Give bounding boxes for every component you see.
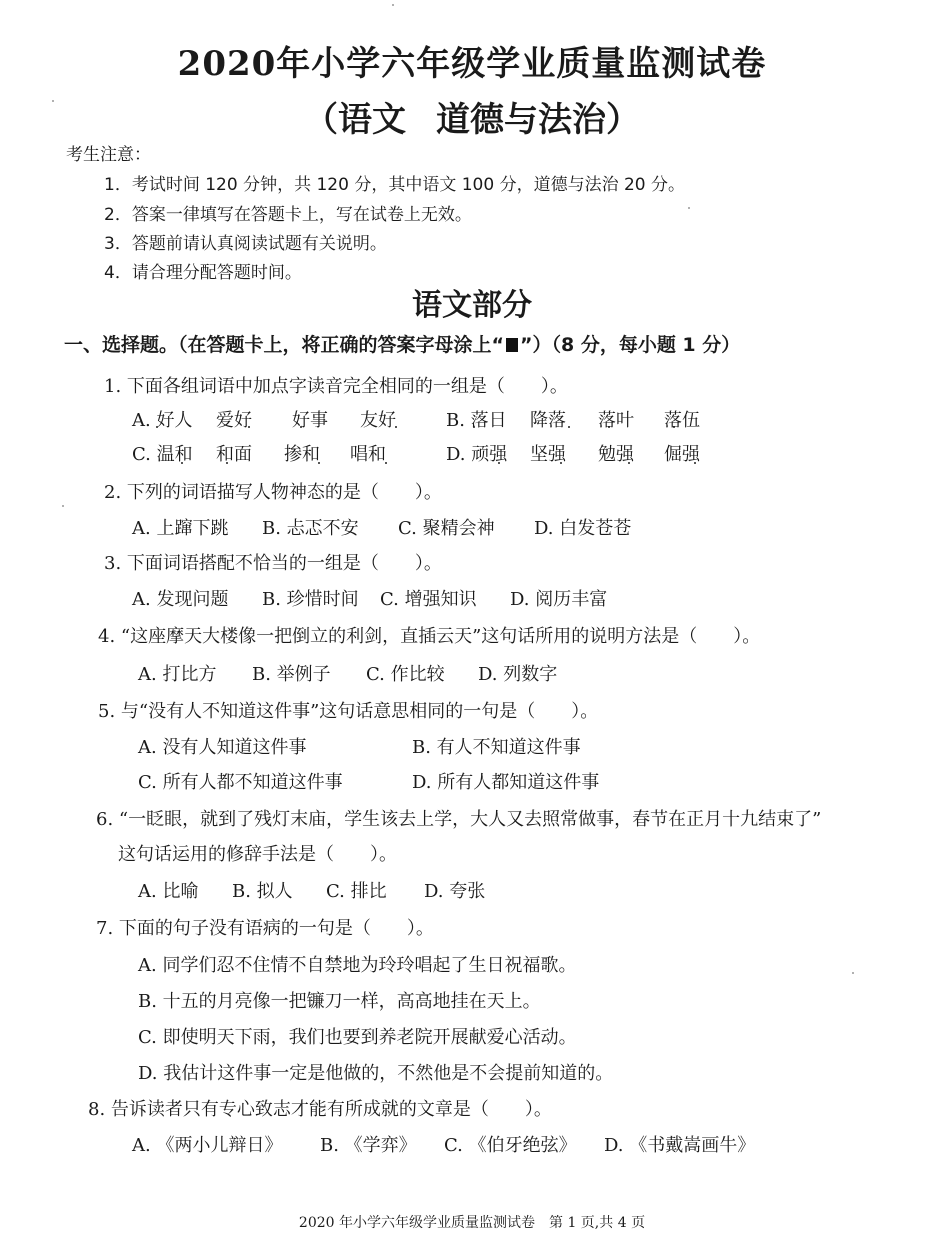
q6-option-d: D. 夸张 <box>424 877 485 903</box>
section-title: 语文部分 <box>0 280 944 324</box>
q1-option-a: A. 好人 <box>132 406 192 432</box>
question-6-stem-continued: 这句话运用的修辞手法是（ ）。 <box>118 840 397 866</box>
q1-option-a-word: 友好 <box>360 406 396 432</box>
q6-option-b: B. 拟人 <box>232 877 293 903</box>
page-footer: 2020 年小学六年级学业质量监测试卷 第 1 页,共 4 页 <box>0 1212 944 1232</box>
scan-speck <box>392 4 394 6</box>
notice-item: 1．考试时间 120 分钟，共 120 分，其中语文 100 分，道德与法治 2… <box>104 170 685 195</box>
q5-option-c: C. 所有人都不知道这件事 <box>138 768 343 794</box>
subtitle-chinese: （语文 <box>304 100 406 140</box>
q5-option-a: A. 没有人知道这件事 <box>138 733 306 759</box>
q7-option-a: A. 同学们忍不住情不自禁地为玲玲唱起了生日祝福歌。 <box>138 951 576 977</box>
question-3-stem: 3. 下面词语搭配不恰当的一组是（ ）。 <box>104 549 442 575</box>
question-1-stem: 1. 下面各组词语中加点字读音完全相同的一组是（ ）。 <box>104 372 568 398</box>
question-7-stem: 7. 下面的句子没有语病的一句是（ ）。 <box>96 914 434 940</box>
q2-option-d: D. 白发苍苍 <box>534 514 631 540</box>
q1-option-c-word: 掺和 <box>284 440 320 466</box>
question-2-stem: 2. 下列的词语描写人物神态的是（ ）。 <box>104 478 442 504</box>
q1-option-b-word: 落伍 <box>664 406 700 432</box>
part-one-heading: 一、选择题。（在答题卡上，将正确的答案字母涂上“”）（8 分，每小题 1 分） <box>64 330 740 357</box>
scan-speck <box>52 100 54 102</box>
notice-item: 2．答案一律填写在答题卡上，写在试卷上无效。 <box>104 200 472 225</box>
q7-option-d: D. 我估计这件事一定是他做的，不然他是不会提前知道的。 <box>138 1059 613 1085</box>
exam-subtitle: （语文道德与法治） <box>0 92 944 141</box>
scan-speck <box>688 207 690 209</box>
q6-option-c: C. 排比 <box>326 877 387 903</box>
q3-option-c: C. 增强知识 <box>380 585 477 611</box>
q4-option-d: D. 列数字 <box>478 660 557 686</box>
filled-box-icon <box>506 338 518 352</box>
q3-option-d: D. 阅历丰富 <box>510 585 607 611</box>
q5-option-d: D. 所有人都知道这件事 <box>412 768 599 794</box>
q3-option-b: B. 珍惜时间 <box>262 585 359 611</box>
q1-option-c-word: 和面 <box>216 440 252 466</box>
question-4-stem: 4. “这座摩天大楼像一把倒立的利剑，直插云天”这句话所用的说明方法是（ ）。 <box>98 622 760 648</box>
q8-option-d: D. 《书戴嵩画牛》 <box>604 1131 755 1157</box>
q1-option-a-word: 好事 <box>292 406 328 432</box>
q4-option-c: C. 作比较 <box>366 660 445 686</box>
q6-option-a: A. 比喻 <box>138 877 198 903</box>
q4-option-a: A. 打比方 <box>138 660 216 686</box>
q1-option-c-word: 唱和 <box>350 440 386 466</box>
q3-option-a: A. 发现问题 <box>132 585 228 611</box>
q7-option-c: C. 即使明天下雨，我们也要到养老院开展献爱心活动。 <box>138 1023 577 1049</box>
q8-option-c: C. 《伯牙绝弦》 <box>444 1131 577 1157</box>
q4-option-b: B. 举例子 <box>252 660 331 686</box>
notice-item: 3．答题前请认真阅读试题有关说明。 <box>104 229 387 254</box>
question-6-stem: 6. “一眨眼，就到了残灯末庙，学生该去上学，大人又去照常做事，春节在正月十九结… <box>96 805 821 831</box>
q2-option-b: B. 忐忑不安 <box>262 514 359 540</box>
scan-speck <box>852 972 854 974</box>
q1-option-b-word: 降落 <box>530 406 566 432</box>
q1-option-c: C. 温和 <box>132 440 193 466</box>
scan-speck <box>62 505 64 507</box>
q8-option-b: B. 《学弈》 <box>320 1131 417 1157</box>
q1-option-a-word: 爱好 <box>216 406 252 432</box>
q1-option-b: B. 落日 <box>446 406 507 432</box>
q1-option-b-word: 落叶 <box>598 406 634 432</box>
notice-heading: 考生注意： <box>66 140 151 165</box>
subtitle-morality-law: 道德与法治） <box>436 100 640 140</box>
q8-option-a: A. 《两小儿辩日》 <box>132 1131 282 1157</box>
question-8-stem: 8. 告诉读者只有专心致志才能有所成就的文章是（ ）。 <box>88 1095 552 1121</box>
q5-option-b: B. 有人不知道这件事 <box>412 733 581 759</box>
question-5-stem: 5. 与“没有人不知道这件事”这句话意思相同的一句是（ ）。 <box>98 697 598 723</box>
q2-option-c: C. 聚精会神 <box>398 514 495 540</box>
q2-option-a: A. 上蹿下跳 <box>132 514 228 540</box>
exam-title: 2020年小学六年级学业质量监测试卷 <box>0 36 944 85</box>
q7-option-b: B. 十五的月亮像一把镰刀一样，高高地挂在天上。 <box>138 987 541 1013</box>
